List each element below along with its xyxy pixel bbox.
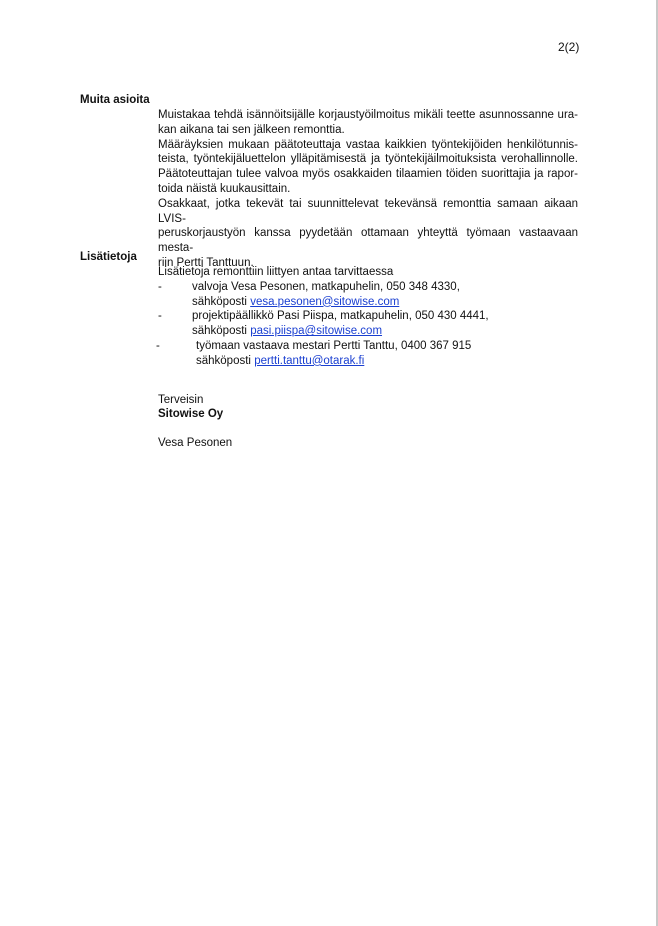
email-link-pertti-tanttu[interactable]: pertti.tanttu@otarak.fi: [254, 355, 364, 367]
section-label-lisatietoja: Lisätietoja: [80, 250, 137, 265]
text-line: Määräyksien mukaan päätoteuttaja vastaa …: [158, 138, 578, 153]
text-line: teista, työntekijäluettelon ylläpitämise…: [158, 152, 578, 167]
contact-email-line: sähköposti pertti.tanttu@otarak.fi: [196, 354, 578, 369]
list-dash: -: [158, 309, 162, 324]
text-line: peruskorjaustyön kanssa pyydetään ottama…: [158, 226, 578, 256]
section-body-muita-asioita: Muistakaa tehdä isännöitsijälle korjaust…: [158, 108, 578, 271]
intro-text: Lisätietoja remonttiin liittyen antaa ta…: [158, 265, 578, 280]
email-prefix: sähköposti: [192, 296, 250, 308]
signature-name: Vesa Pesonen: [158, 436, 232, 451]
text-line: Muistakaa tehdä isännöitsijälle korjaust…: [158, 108, 578, 123]
email-prefix: sähköposti: [196, 355, 254, 367]
email-link-pasi-piispa[interactable]: pasi.piispa@sitowise.com: [250, 325, 382, 337]
signature-greeting: Terveisin: [158, 393, 203, 408]
text-line: Päätoteuttajan tulee valvoa myös osakkai…: [158, 167, 578, 182]
page-number: 2(2): [558, 40, 579, 54]
text-line: toida näistä kuukausittain.: [158, 182, 578, 197]
contact-details: valvoja Vesa Pesonen, matkapuhelin, 050 …: [192, 280, 578, 295]
section-body-lisatietoja: Lisätietoja remonttiin liittyen antaa ta…: [158, 265, 578, 369]
contact-item-mestari: - työmaan vastaava mestari Pertti Tanttu…: [158, 339, 578, 369]
contact-email-line: sähköposti pasi.piispa@sitowise.com: [192, 324, 578, 339]
contact-item-projektipaallikko: - projektipäällikkö Pasi Piispa, matkapu…: [158, 309, 578, 339]
contact-item-valvoja: - valvoja Vesa Pesonen, matkapuhelin, 05…: [158, 280, 578, 310]
section-label-muita-asioita: Muita asioita: [80, 93, 150, 108]
email-prefix: sähköposti: [192, 325, 250, 337]
contact-details: työmaan vastaava mestari Pertti Tanttu, …: [196, 339, 578, 354]
text-line: Osakkaat, jotka tekevät tai suunnittelev…: [158, 197, 578, 227]
contact-details: projektipäällikkö Pasi Piispa, matkapuhe…: [192, 309, 578, 324]
signature-company: Sitowise Oy: [158, 407, 223, 422]
email-link-vesa-pesonen[interactable]: vesa.pesonen@sitowise.com: [250, 296, 399, 308]
contact-email-line: sähköposti vesa.pesonen@sitowise.com: [192, 295, 578, 310]
text-line: kan aikana tai sen jälkeen remonttia.: [158, 123, 578, 138]
list-dash: -: [158, 280, 162, 295]
list-dash: -: [156, 339, 160, 354]
